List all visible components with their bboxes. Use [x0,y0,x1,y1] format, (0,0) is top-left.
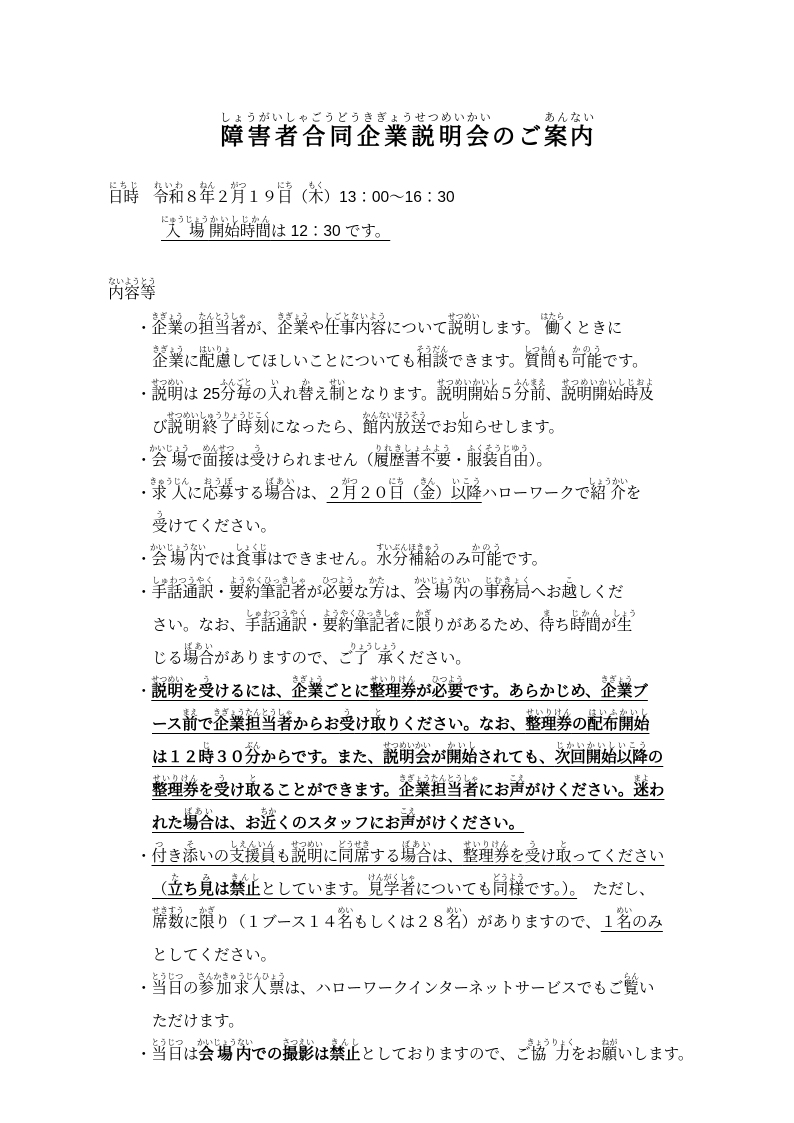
text-segment: からです。また、 [261,749,384,766]
text-segment: しくだ [577,584,624,601]
text-segment: 制せい [329,386,345,403]
text-segment: 席数せきすう [152,914,184,931]
text-segment: です。）。 [524,881,577,898]
text-segment: です。 [602,353,647,370]
text-segment: です。 [502,551,547,568]
text-segment: 月がつ [231,189,247,206]
text-segment: くのスタッフにお [276,815,400,832]
text-segment: 取と [556,848,572,865]
list-item: ・付つき添そいの支援員しえんいんも説明せつめいに同席どうせきする場合ばあいは、整… [136,840,708,972]
text-segment: 履歴書不要りれきしょふよう [374,452,452,469]
text-segment: 迷まよ [633,782,649,799]
text-segment: ることができます。 [261,782,399,799]
text-segment: 紹介しょうかい [590,485,626,502]
text-segment: け [230,782,246,799]
text-segment: になったら、 [270,419,363,436]
text-segment: 了承りょうしょう [353,650,393,667]
text-segment: での [251,1046,282,1063]
text-segment: 禁止きんし [230,881,261,898]
text-segment: は [234,452,250,469]
text-segment: 説明せつめい [448,320,480,337]
text-segment: ・ [136,584,152,601]
text-segment: 服装自由ふくそうじゆう [467,452,529,469]
list-item: ・会場内かいじょうないでは食事しょくじはできません。水分補給すいぶんほきゅうのみ… [136,543,708,576]
text-segment: は、お [214,815,261,832]
text-segment: 開始かいし [446,749,477,766]
text-segment: 要約筆記者ようやくひっきしゃ [229,584,307,601]
text-segment: 説明終了時刻せつめいしゅうりょうじこく [168,419,270,436]
list-item: ・当日とうじつは会場内かいじょうないでの撮影さつえいは禁止きんしとしておりますの… [136,1038,708,1071]
text-segment: は [214,881,230,898]
text-segment: 必要ひつよう [432,683,464,700]
text-segment: 名めい [446,914,462,931]
text-segment: のご [492,123,544,149]
text-segment: わ [649,782,665,799]
text-segment: は、 [296,485,327,502]
text-segment: もしくは２８ [353,914,446,931]
text-line: ・企業きぎょうの担当者たんとうしゃが、企業きぎょうや仕事内容しごとないようについ… [152,312,708,345]
text-segment: 日にち [277,189,293,206]
datetime-value: 令和れいわ８年ねん２月がつ１９日にち（木もく）13：00～16：30 [153,181,708,215]
text-segment: 限かぎ [199,914,215,931]
text-segment: け [540,848,556,865]
text-segment: 企業きぎょう [292,683,324,700]
text-segment: する [370,848,401,865]
text-segment: は１２ [152,749,199,766]
text-segment: 会場内かいじょうない [416,584,469,601]
text-segment: に [187,485,203,502]
text-segment: できます。 [448,353,524,370]
text-segment: としておりますので、ご [360,1046,530,1063]
text-segment: を [199,782,215,799]
list-item: ・手話通訳しゅわつうやく・要約筆記者ようやくひっきしゃが必要ひつような方かたは、… [136,576,708,675]
text-segment: は、 [385,584,416,601]
text-segment: ・ [307,617,323,634]
text-segment: くときに [560,320,622,337]
text-segment: 時間じかん [570,617,601,634]
text-line: れた場合ばあいは、お近ちかくのスタッフにお声こえがけください。 [152,807,708,840]
text-line: ・会場内かいじょうないでは食事しょくじはできません。水分補給すいぶんほきゅうのみ… [152,543,708,576]
text-segment: 取と [245,782,261,799]
text-line: ース前まえで企業担当者きぎょうたんとうしゃからお受うけ取とりください。なお、整理… [152,708,708,741]
text-segment: 声こえ [509,782,525,799]
text-segment: ・ [136,848,152,865]
text-segment: ２０ [358,485,389,502]
text-segment: 場合ばあい [401,848,432,865]
text-line: 整理券せいりけんを受うけ取とることができます。企業担当者きぎょうたんとうしゃにお… [152,774,708,807]
text-segment: １ [601,914,617,931]
text-segment: 願ねが [602,1046,618,1063]
text-segment: 企業きぎょう [277,320,309,337]
text-segment: が [307,584,323,601]
text-segment: 企業きぎょう [152,353,184,370]
text-segment: 説明開始せつめいかいし [436,386,498,403]
text-segment: 入場にゅうじょう [161,223,209,240]
list-item: ・会場かいじょうで面接めんせつは受うけられません（履歴書不要りれきしょふよう・服… [136,444,708,477]
text-segment: がけください。 [525,782,634,799]
page-title: 障害者合同企業説明会しょうがいしゃごうどうきぎょうせつめいかいのご案内あんない [108,112,708,155]
text-line: ・付つき添そいの支援員しえんいんも説明せつめいに同席どうせきする場合ばあいは、整… [152,840,708,873]
text-segment: がありますので、ご [214,650,353,667]
text-segment: 企業きぎょう [601,683,633,700]
datetime-lines: 令和れいわ８年ねん２月がつ１９日にち（木もく）13：00～16：30 入場にゅう… [153,181,708,249]
text-segment: 受う [250,452,266,469]
text-segment: けるには、 [214,683,292,700]
text-line: 受うけてください。 [152,510,708,543]
text-segment: いの [198,848,229,865]
text-segment: 年ねん [200,189,216,206]
text-segment: ・ [136,320,152,337]
text-segment: からお [293,716,340,733]
text-segment: 会場かいじょう [152,452,188,469]
text-segment: は 12：30 です。 [271,223,390,240]
text-segment: （ [293,189,309,206]
text-segment: ３０ [214,749,245,766]
text-segment: 応募おうぼ [203,485,234,502]
text-segment: を [509,848,525,865]
text-segment: ・ [136,683,152,700]
text-segment: れ [283,386,299,403]
text-segment: じる [152,650,183,667]
text-segment: ・ [451,452,467,469]
entry-time-note: 入場にゅうじょう開始時間かいしじかんは 12：30 です。 [161,215,708,249]
text-segment: 整理券せいりけん [525,716,572,733]
text-segment: ち [183,881,199,898]
text-segment: ・ [136,980,152,997]
text-segment: 担当者たんとうしゃ [199,320,247,337]
text-segment: 可能かのう [471,551,502,568]
text-segment: です。あらかじめ、 [463,683,601,700]
text-segment: 受う [199,683,215,700]
text-segment: 同席どうせき [338,848,370,865]
text-segment: 生しょう [617,617,637,634]
text-segment: ・ [214,584,230,601]
text-segment: 求人きゅうじん [152,485,188,502]
text-segment: ２ [327,485,343,502]
text-segment: 説明会せつめいかい [383,749,431,766]
text-segment: 参加求人票さんかきゅうじんひょう [199,980,285,997]
text-segment: 協力きょうりょく [531,1046,571,1063]
text-segment: 名めい [616,914,632,931]
text-segment: 説明せつめい [152,386,184,403]
text-segment: 場合ばあい [183,815,214,832]
text-segment: をお [571,1046,602,1063]
text-segment: も [556,353,572,370]
text-segment: の [183,980,199,997]
text-segment: ・ [136,1046,152,1063]
text-segment: 次回開始以降じかいかいしいこう [555,749,648,766]
text-segment: 替か [298,386,314,403]
text-line: ・求人きゅうじんに応募おうぼする場合ばあいは、２月がつ２０日にち（金きん）以降い… [152,477,708,510]
text-segment: 会場内かいじょうない [152,551,205,568]
text-segment: え [314,386,330,403]
text-segment: 整理券せいりけん [463,848,510,865]
text-line: じる場合ばあいがありますので、ご了承りょうしょうください。 [152,642,708,675]
text-segment: が [431,749,447,766]
text-segment: 付つ [152,848,168,865]
text-segment: 館内放送かんないほうそう [363,419,427,436]
text-segment: い [639,980,655,997]
text-line: ・当日とうじつは会場内かいじょうないでの撮影さつえいは禁止きんしとしておりますの… [152,1038,708,1071]
text-segment: 越こ [562,584,578,601]
text-segment: 水分補給すいぶんほきゅう [376,551,440,568]
list-item: ・説明せつめいを受うけるには、企業きぎょうごとに整理券せいりけんが必要ひつようで… [136,675,708,840]
text-segment: についても [415,881,492,898]
text-segment: が、 [246,320,277,337]
text-segment: 事務局じむきょく [484,584,531,601]
text-segment: らせします。 [473,419,564,436]
text-segment: する [234,485,265,502]
text-segment: 受う [152,518,168,535]
text-segment: 見み [199,881,215,898]
text-segment: 支援員しえんいん [229,848,276,865]
text-segment: 場合ばあい [265,485,296,502]
text-segment: 覧らん [623,980,639,997]
text-segment: 、 [546,386,562,403]
text-segment: ）がありますので、 [462,914,601,931]
text-segment: 待ま [539,617,555,634]
text-line: は１２時じ３０分ぶんからです。また、説明会せつめいかいが開始かいしされても、次回… [152,741,708,774]
text-segment: を [626,485,642,502]
text-segment: さい。なお、 [152,617,245,634]
text-segment: 配慮はいりょ [199,353,231,370]
text-segment: ごとに [323,683,370,700]
content-items: ・企業きぎょうの担当者たんとうしゃが、企業きぎょうや仕事内容しごとないようについ… [136,312,708,1071]
text-segment: 撮影さつえい [282,1046,314,1063]
text-segment: は、ハローワークインターネットサービスでもご [284,980,623,997]
text-segment: 受う [339,716,355,733]
text-segment: に [184,353,200,370]
text-segment: ８ [184,189,200,206]
datetime-label: 日時にちじ [108,181,139,249]
text-segment: 面接めんせつ [203,452,235,469]
text-segment: 内容等ないようとう [108,285,156,302]
text-segment: 必要ひつよう [322,584,354,601]
text-segment: ハローワークで [482,485,591,502]
text-segment: 受う [525,848,541,865]
text-segment: 声こえ [400,815,416,832]
text-segment: き [167,848,183,865]
text-line: 席数せきすうに限かぎり（１ブース１４名めいもしくは２８名めい）がありますので、１… [152,906,708,939]
text-segment: 添そ [183,848,199,865]
text-segment: 開始時間かいしじかん [209,223,271,240]
list-item: ・当日とうじつの参加求人票さんかきゅうじんひょうは、ハローワークインターネットサ… [136,972,708,1038]
text-segment: 限かぎ [416,617,432,634]
text-segment: （ [404,485,420,502]
text-segment: 障害者合同企業説明会しょうがいしゃごうどうきぎょうせつめいかい [220,123,492,149]
list-item: ・企業きぎょうの担当者たんとうしゃが、企業きぎょうや仕事内容しごとないようについ… [136,312,708,378]
text-segment: について [386,320,448,337]
text-segment: を [183,683,199,700]
text-segment: でお [426,419,457,436]
text-segment: 取と [370,716,386,733]
text-segment: 案内あんない [544,123,596,149]
text-segment: のみ [440,551,471,568]
text-segment: 時じ [199,749,215,766]
text-segment: けられません（ [265,452,374,469]
text-segment: ってください [571,848,664,865]
text-segment: してほしいことについても [231,353,417,370]
text-segment: 働はたら [544,320,560,337]
list-item: ・説明せつめいは 25分毎ふんごとの入いれ替かえ制せいとなります。説明開始せつめ… [136,378,708,444]
text-segment: 立た [168,881,184,898]
text-segment: 入い [267,386,283,403]
document-page: 障害者合同企業説明会しょうがいしゃごうどうきぎょうせつめいかいのご案内あんない … [0,0,794,1123]
text-segment: けてください。 [168,518,277,535]
text-line: ・説明せつめいを受うけるには、企業きぎょうごとに整理券せいりけんが必要ひつようで… [152,675,708,708]
text-segment: のみ [632,914,663,931]
text-segment: の [648,749,664,766]
text-segment: 方かた [369,584,385,601]
text-segment: 分前ふんまえ [514,386,546,403]
text-segment: ２ [215,189,231,206]
text-segment: 月がつ [342,485,358,502]
text-segment: ください。 [393,650,471,667]
text-segment: の [183,320,199,337]
text-segment: 以降いこう [451,485,482,502]
text-segment: となります。 [345,386,437,403]
text-line: としてください。 [152,939,708,972]
text-segment: いします。 [617,1046,693,1063]
text-segment: 会場内かいじょうない [199,1046,252,1063]
text-segment: ただし、 [577,881,655,898]
text-segment: は [314,1046,330,1063]
text-segment: 日にち [389,485,405,502]
section-heading-contents: 内容等ないようとう [108,277,708,311]
datetime-row: 日時にちじ 令和れいわ８年ねん２月がつ１９日にち（木もく）13：00～16：30… [108,181,708,249]
text-segment: 食事しょくじ [235,551,267,568]
text-line: さい。なお、手話通訳しゅわつうやく・要約筆記者ようやくひっきしゃに限かぎりがある… [152,609,708,642]
text-line: ・当日とうじつの参加求人票さんかきゅうじんひょうは、ハローワークインターネットサ… [152,972,708,1005]
text-segment: 日時にちじ [108,189,139,206]
text-segment: 令和れいわ [153,189,184,206]
text-line: ただけます。 [152,1005,708,1038]
text-segment: び [152,419,168,436]
text-segment: に [400,617,416,634]
text-segment: 金きん [420,485,436,502]
text-segment: 近ちか [261,815,277,832]
text-segment: 説明せつめい [291,848,323,865]
text-segment: 可能かのう [571,353,602,370]
text-segment: としてください。 [152,947,276,964]
text-segment: の [468,584,484,601]
text-segment: も [276,848,292,865]
text-segment: 知し [457,419,473,436]
text-segment: 要約筆記者ようやくひっきしゃ [323,617,401,634]
text-segment: 企業きぎょう [152,320,184,337]
text-segment: で [187,452,203,469]
text-line: び説明終了時刻せつめいしゅうりょうじこくになったら、館内放送かんないほうそうでお… [152,411,708,444]
text-segment: に [184,914,200,931]
text-segment: では [204,551,235,568]
text-segment: されても、 [477,749,555,766]
text-line: 企業きぎょうに配慮はいりょしてほしいことについても相談そうだんできます。質問しつ… [152,345,708,378]
text-segment: な [354,584,370,601]
text-segment: １９ [246,189,277,206]
text-segment: がけください。 [416,815,525,832]
text-segment: ５ [498,386,514,403]
text-segment: 仕事内容しごとないよう [324,320,386,337]
text-segment: ・ [136,386,152,403]
text-segment: ）。 [529,452,552,469]
text-line: ・手話通訳しゅわつうやく・要約筆記者ようやくひっきしゃが必要ひつような方かたは、… [152,576,708,609]
text-segment: 企業担当者きぎょうたんとうしゃ [213,716,293,733]
text-segment: り（１ブース１４ [215,914,338,931]
text-segment: 手話通訳しゅわつうやく [152,584,214,601]
text-segment: 受う [214,782,230,799]
text-segment: の [572,716,588,733]
text-segment: ）13：00～16：30 [324,189,455,206]
text-segment: りがあるため、 [431,617,539,634]
text-segment: 説明開始時及せつめいかいしじおよ [561,386,654,403]
text-segment: 企業担当者きぎょうたんとうしゃ [399,782,479,799]
text-segment: にお [478,782,509,799]
text-segment: はできません。 [267,551,376,568]
text-segment: 整理券せいりけん [370,683,417,700]
text-line: ・説明せつめいは 25分毎ふんごとの入いれ替かえ制せいとなります。説明開始せつめ… [152,378,708,411]
text-segment: け [355,716,371,733]
text-segment: は、 [432,848,463,865]
text-segment: ブ [632,683,648,700]
text-segment: へお [531,584,562,601]
text-segment: 相談そうだん [416,353,448,370]
text-segment: します。 [479,320,544,337]
text-segment: 整理券せいりけん [152,782,199,799]
text-segment: ち [555,617,571,634]
list-item: ・求人きゅうじんに応募おうぼする場合ばあいは、２月がつ２０日にち（金きん）以降い… [136,477,708,543]
text-segment: 場合ばあい [183,650,214,667]
text-segment: れた [152,815,183,832]
text-segment: 木もく [308,189,324,206]
text-segment: 質問しつもん [524,353,556,370]
text-segment: が [416,683,432,700]
text-segment: 前まえ [182,716,198,733]
text-segment: で [198,716,214,733]
text-segment: 手話通訳しゅわつうやく [245,617,307,634]
text-segment: や [309,320,325,337]
text-segment: 分毎ふんごと [220,386,252,403]
text-segment: 禁止きんし [329,1046,360,1063]
text-segment: 説明せつめい [152,683,184,700]
text-segment: 分ぶん [245,749,261,766]
text-segment: 見学者けんがくしゃ [368,881,416,898]
text-segment: の [252,386,268,403]
text-line: ・会場かいじょうで面接めんせつは受うけられません（履歴書不要りれきしょふよう・服… [152,444,708,477]
text-segment: （ [152,881,168,898]
text-segment: としています。 [261,881,368,898]
text-segment: ） [435,485,451,502]
text-segment: ース [152,716,182,733]
text-line: （立たち見みは禁止きんしとしています。見学者けんがくしゃについても同様どうようで… [152,873,708,906]
text-segment: 当日とうじつ [152,980,184,997]
text-segment: 当日とうじつ [152,1046,184,1063]
text-segment: に [323,848,339,865]
text-segment: ただけます。 [152,1013,244,1030]
text-segment: は 25 [183,386,220,403]
text-segment: りください。なお、 [386,716,526,733]
text-segment: 同様どうよう [493,881,525,898]
text-segment: 名めい [338,914,354,931]
text-segment: 配布開始はいふかいし [587,716,649,733]
